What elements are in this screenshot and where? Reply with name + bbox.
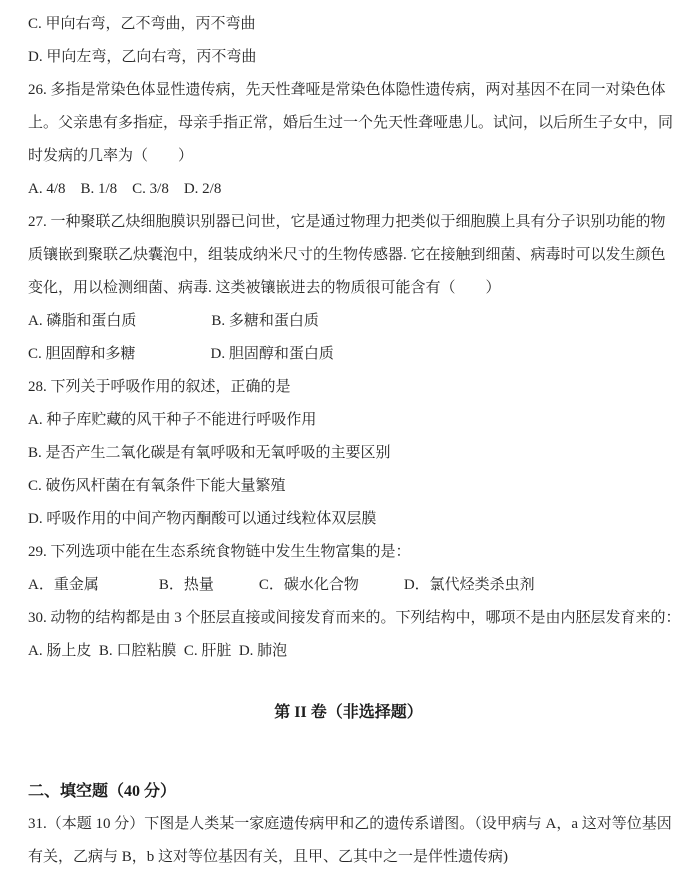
q27-stem-line-1: 27. 一种聚联乙炔细胞膜识别器已问世，它是通过物理力把类似于细胞膜上具有分子识… [28,206,669,239]
q27-options-a-b: A. 磷脂和蛋白质 B. 多糖和蛋白质 [28,305,669,338]
q28-stem: 28. 下列关于呼吸作用的叙述，正确的是 [28,371,669,404]
q30-stem: 30. 动物的结构都是由 3 个胚层直接或间接发育而来的。下列结构中，哪项不是由… [28,602,669,635]
q28-option-d: D. 呼吸作用的中间产物丙酮酸可以通过线粒体双层膜 [28,503,669,536]
q26-stem-line-2: 上。父亲患有多指症，母亲手指正常，婚后生过一个先天性聋哑患儿。试问，以后所生子女… [28,107,669,140]
q31-stem-line-1: 31.（本题 10 分）下图是人类某一家庭遗传病甲和乙的遗传系谱图。（设甲病与 … [28,808,669,841]
q28-option-b: B. 是否产生二氧化碳是有氧呼吸和无氧呼吸的主要区别 [28,437,669,470]
q29-options-row: A．重金属 B．热量 C．碳水化合物 D．氯代烃类杀虫剂 [28,569,669,602]
q28-option-a: A. 种子库贮藏的风干种子不能进行呼吸作用 [28,404,669,437]
q25-option-d: D. 甲向左弯，乙向右弯，丙不弯曲 [28,41,669,74]
fill-in-section-heading: 二、填空题（40 分） [28,775,669,808]
q25-option-c: C. 甲向右弯，乙不弯曲，丙不弯曲 [28,8,669,41]
q26-stem-line-1: 26. 多指是常染色体显性遗传病，先天性聋哑是常染色体隐性遗传病，两对基因不在同… [28,74,669,107]
exam-document-page: C. 甲向右弯，乙不弯曲，丙不弯曲 D. 甲向左弯，乙向右弯，丙不弯曲 26. … [0,0,695,872]
section-2-title: 第 II 卷（非选择题） [28,696,669,729]
q29-stem: 29. 下列选项中能在生态系统食物链中发生生物富集的是： [28,536,669,569]
q27-stem-line-2: 质镶嵌到聚联乙炔囊泡中，组装成纳米尺寸的生物传感器. 它在接触到细菌、病毒时可以… [28,239,669,272]
q30-options-row: A. 肠上皮 B. 口腔粘膜 C. 肝脏 D. 肺泡 [28,635,669,668]
q31-stem-line-2: 有关，乙病与 B，b 这对等位基因有关，且甲、乙其中之一是伴性遗传病) [28,841,669,872]
q28-option-c: C. 破伤风杆菌在有氧条件下能大量繁殖 [28,470,669,503]
q26-stem-line-3: 时发病的几率为（ ） [28,140,669,173]
q27-options-c-d: C. 胆固醇和多糖 D. 胆固醇和蛋白质 [28,338,669,371]
q27-stem-line-3: 变化，用以检测细菌、病毒. 这类被镶嵌进去的物质很可能含有（ ） [28,272,669,305]
q26-options-row: A. 4/8 B. 1/8 C. 3/8 D. 2/8 [28,173,669,206]
